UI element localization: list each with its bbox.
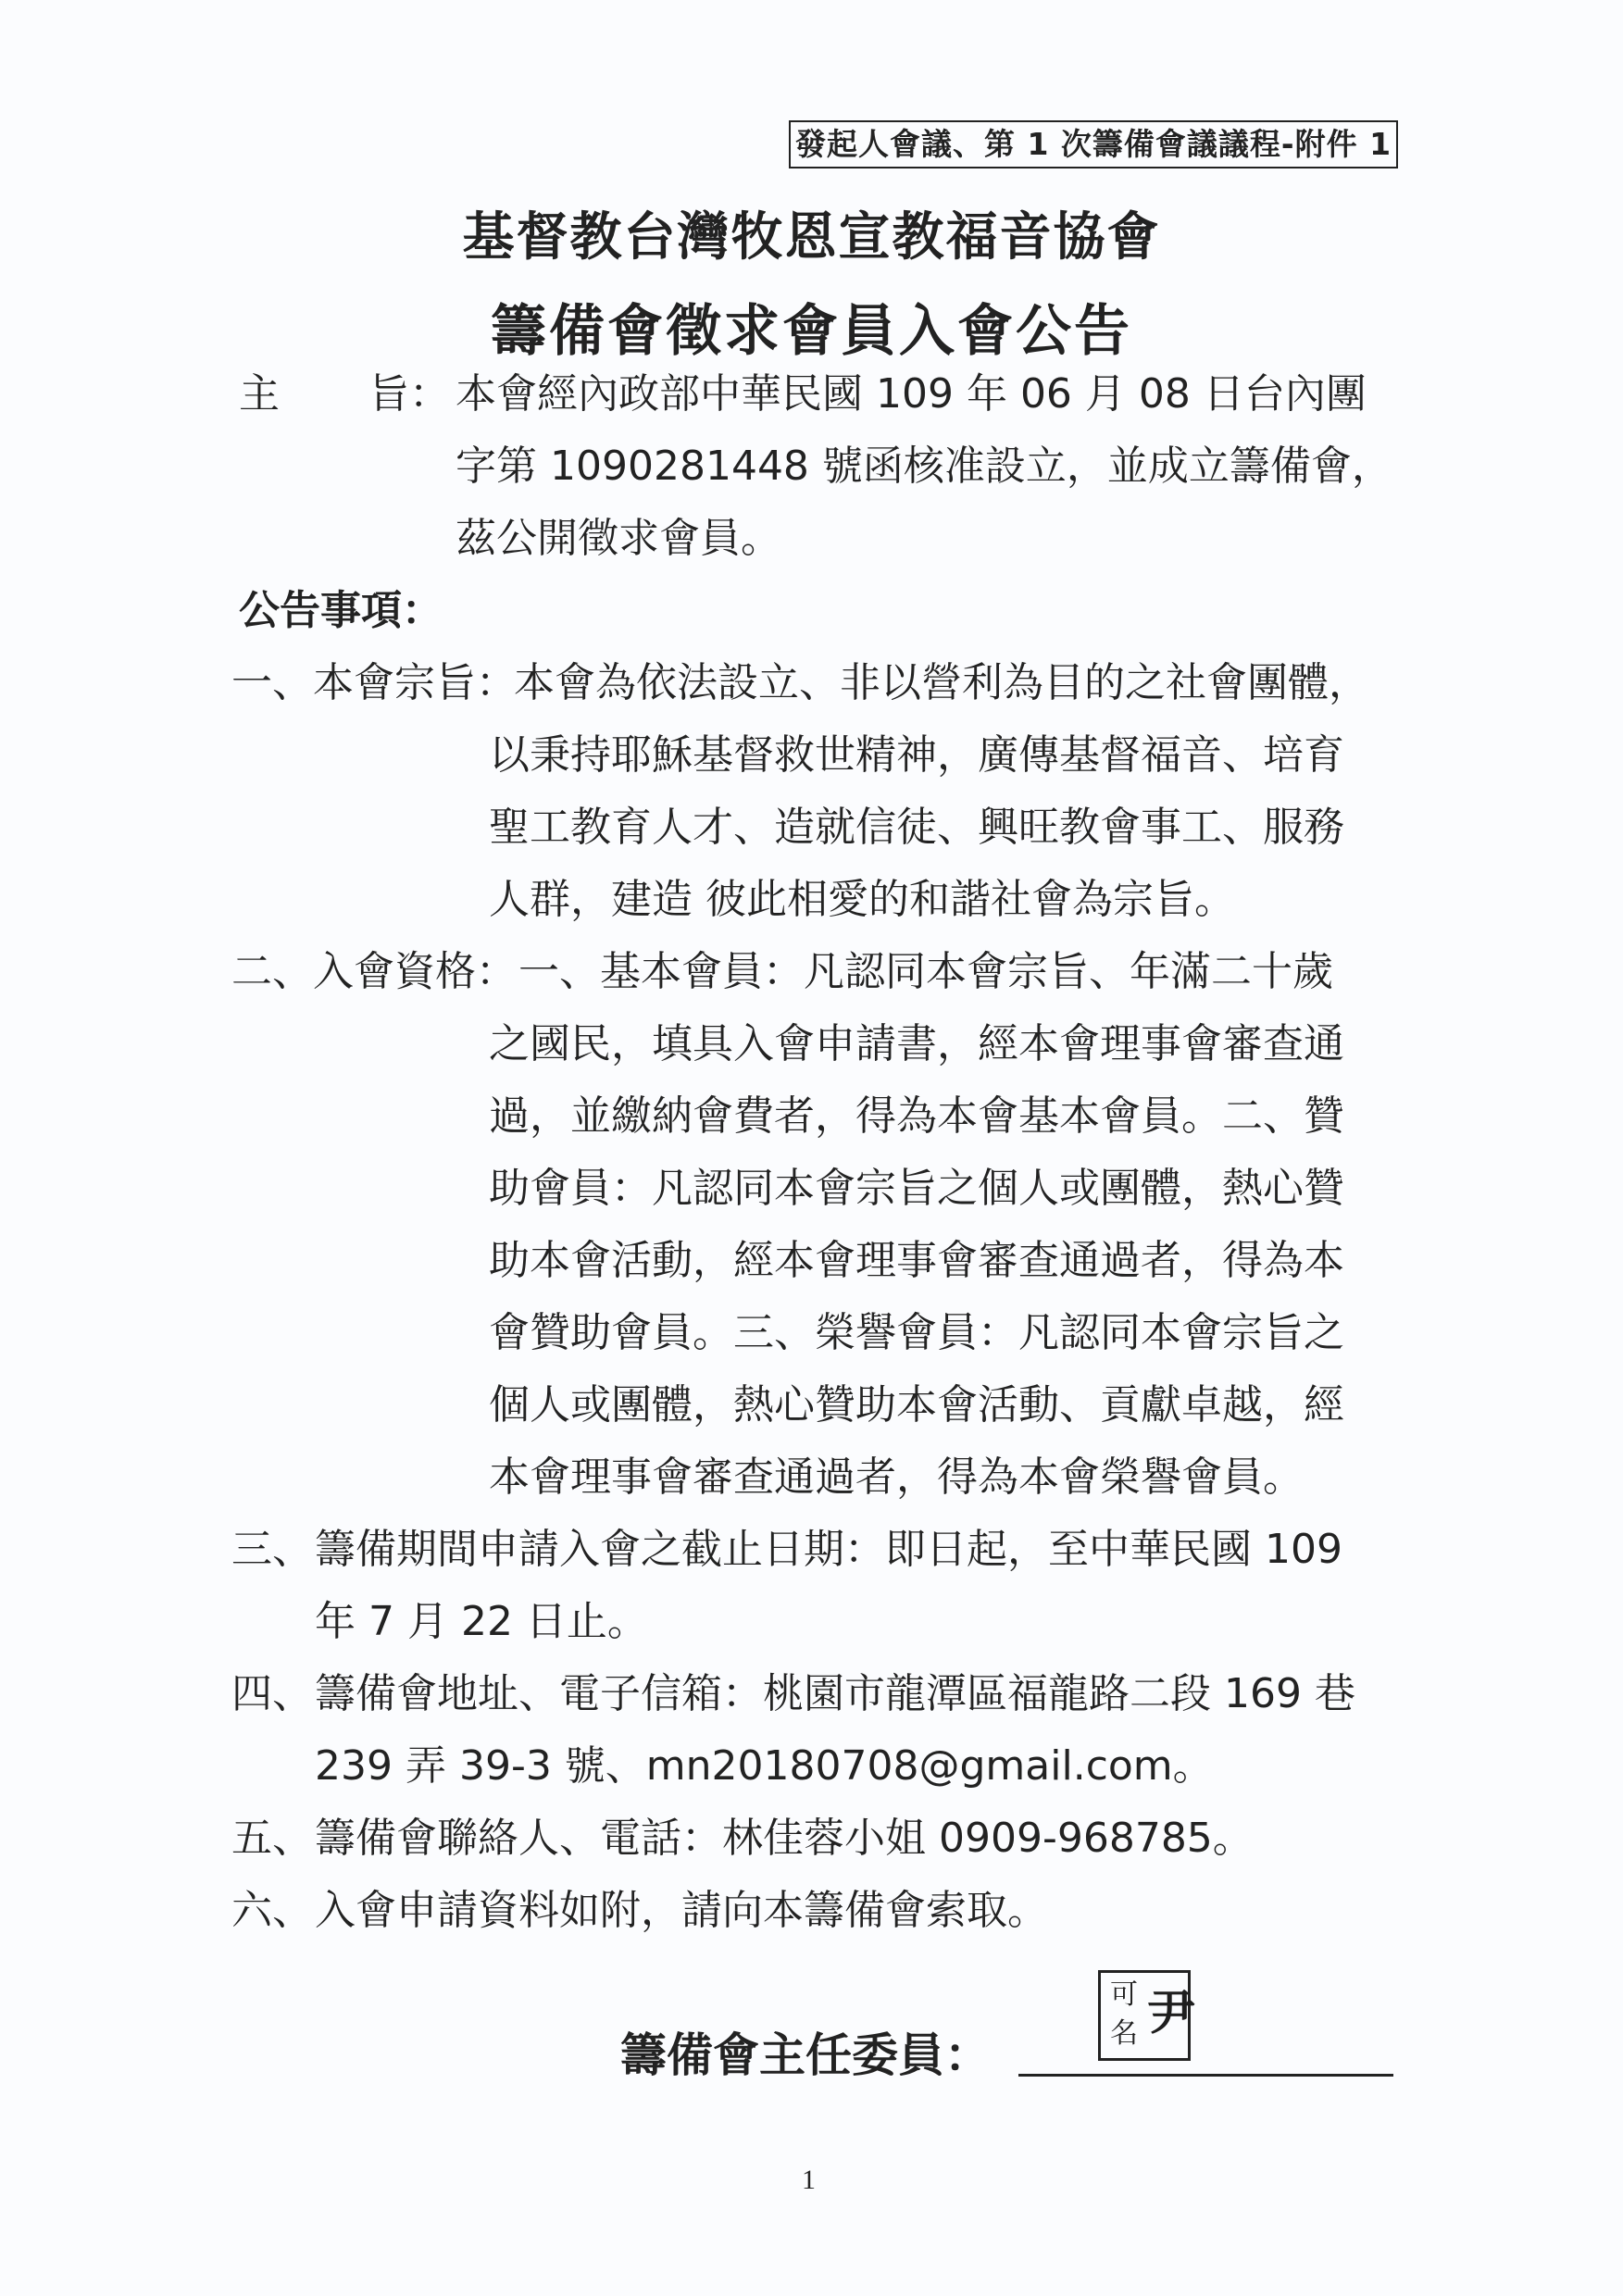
item-line: 之國民，填具入會申請書，經本會理事會審查通 (489, 1018, 1344, 1070)
item-line: 籌備期間申請入會之截止日期：即日起，至中華民國 109 (315, 1524, 1342, 1576)
subject-line: 字第 1090281448 號函核准設立，並成立籌備會， (456, 441, 1392, 493)
subject-line: 茲公開徵求會員。 (456, 513, 781, 565)
seal-char: 尹 (1147, 1986, 1195, 2041)
item-line: 239 弄 39-3 號、mn20180708@gmail.com。 (315, 1741, 1214, 1792)
announcement-title: 籌備會徵求會員入會公告 (0, 287, 1623, 367)
item-line: 年 7 月 22 日止。 (315, 1596, 648, 1648)
announcements-heading: 公告事項： (239, 585, 443, 637)
subject-label-1: 主 (239, 368, 280, 420)
subject-label-2: 旨： (368, 368, 450, 420)
item-line: 籌備會聯絡人、電話：林佳蓉小姐 0909-968785。 (315, 1813, 1254, 1865)
signature-label: 籌備會主任委員： (620, 2018, 991, 2085)
item-prefix: 六、 (231, 1885, 313, 1937)
organization-title: 基督教台灣牧恩宣教福音協會 (0, 196, 1623, 270)
seal-stamp-icon: 可 名 尹 (1098, 1970, 1191, 2061)
signature-line (1018, 2074, 1393, 2077)
item-prefix: 三、 (231, 1524, 313, 1576)
item-prefix: 四、 (231, 1668, 313, 1720)
item-line: 助本會活動，經本會理事會審查通過者，得為本 (489, 1235, 1344, 1287)
item-line: 會贊助會員。三、榮譽會員：凡認同本會宗旨之 (489, 1307, 1344, 1359)
item-line: 聖工教育人才、造就信徒、興旺教會事工、服務 (489, 802, 1344, 854)
item-line: 助會員：凡認同本會宗旨之個人或團體，熱心贊 (489, 1163, 1344, 1215)
item-line: 個人或團體，熱心贊助本會活動、貢獻卓越，經 (489, 1379, 1344, 1431)
item-prefix: 一、本會宗旨： (231, 657, 517, 709)
item-line: 過，並繳納會費者，得為本會基本會員。二、贊 (489, 1091, 1344, 1142)
item-line: 以秉持耶穌基督救世精神，廣傳基督福音、培育 (489, 730, 1344, 781)
item-line: 本會為依法設立、非以營利為目的之社會團體， (514, 657, 1369, 709)
page-number: 1 (802, 2165, 816, 2196)
seal-char: 可 (1110, 1980, 1138, 2010)
item-prefix: 二、入會資格： (231, 946, 517, 998)
subject-line: 本會經內政部中華民國 109 年 06 月 08 日台內團 (456, 368, 1367, 420)
item-line: 入會申請資料如附，請向本籌備會索取。 (315, 1885, 1048, 1937)
item-line: 本會理事會審查通過者，得為本會榮譽會員。 (489, 1452, 1304, 1504)
item-line: 籌備會地址、電子信箱：桃園市龍潭區福龍路二段 169 巷 (315, 1668, 1355, 1720)
attachment-label: 發起人會議、第 1 次籌備會議議程-附件 1 (789, 120, 1398, 168)
item-prefix: 五、 (231, 1813, 313, 1865)
seal-char: 名 (1110, 2019, 1138, 2049)
item-line: 一、基本會員：凡認同本會宗旨、年滿二十歲 (518, 946, 1333, 998)
item-line: 人群，建造 彼此相愛的和諧社會為宗旨。 (489, 874, 1235, 926)
